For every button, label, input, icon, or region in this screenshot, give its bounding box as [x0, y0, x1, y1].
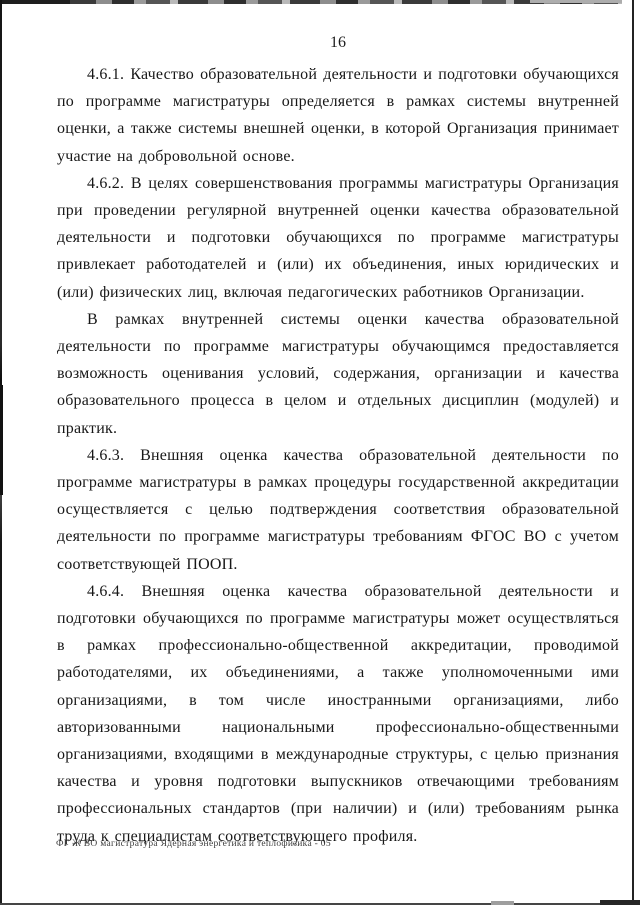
document-footer: ФГ Ж ВО магистратура Ядерная энергетика … [56, 839, 331, 849]
scan-artifact-top-left-segment [0, 0, 70, 4]
scan-artifact-bottom-right-corner [600, 900, 640, 905]
paragraph-4-6-4: 4.6.4. Внешняя оценка качества образоват… [57, 578, 619, 850]
scan-artifact-right-border [632, 0, 634, 905]
scan-artifact-top-right-fade [530, 0, 622, 3]
scan-artifact-left-border-thick [0, 385, 3, 495]
paragraph-4-6-3: 4.6.3. Внешняя оценка качества образоват… [57, 442, 619, 578]
paragraph-4-6-1: 4.6.1. Качество образовательной деятельн… [57, 61, 619, 170]
scanned-document-page: { "page": { "number": "16" }, "doc": { "… [0, 0, 640, 905]
scan-artifact-top-dashed-line [0, 0, 622, 4]
paragraph-4-6-2: 4.6.2. В целях совершенствования програм… [57, 170, 619, 306]
paragraph-internal-assessment: В рамках внутренней системы оценки качес… [57, 306, 619, 442]
page-number: 16 [57, 34, 619, 52]
document-body: 4.6.1. Качество образовательной деятельн… [57, 61, 619, 850]
scan-artifact-bottom-gray-patch [491, 901, 514, 905]
